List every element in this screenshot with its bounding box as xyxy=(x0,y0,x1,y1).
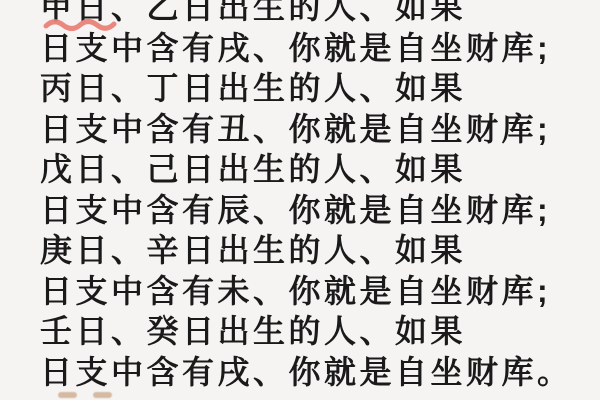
text-line: 日支中含有丑、你就是自坐财库; xyxy=(40,109,600,150)
text-line: 甲日、乙日出生的人、如果 xyxy=(40,0,600,28)
text-line: 丙日、丁日出生的人、如果 xyxy=(40,68,600,109)
text-block: 甲日、乙日出生的人、如果 日支中含有戌、你就是自坐财库; 丙日、丁日出生的人、如… xyxy=(40,0,600,392)
next-line-cutoff-mark xyxy=(93,392,112,398)
next-line-cutoff-mark xyxy=(58,392,77,398)
text-line: 戊日、己日出生的人、如果 xyxy=(40,149,600,190)
text-screenshot-page: 甲日、乙日出生的人、如果 日支中含有戌、你就是自坐财库; 丙日、丁日出生的人、如… xyxy=(0,0,600,400)
text-line: 庚日、辛日出生的人、如果 xyxy=(40,230,600,271)
text-line: 日支中含有戌、你就是自坐财库。 xyxy=(40,352,600,393)
text-line: 日支中含有戌、你就是自坐财库; xyxy=(40,28,600,69)
text-line: 壬日、癸日出生的人、如果 xyxy=(40,311,600,352)
text-line: 日支中含有辰、你就是自坐财库; xyxy=(40,190,600,231)
text-line: 日支中含有未、你就是自坐财库; xyxy=(40,271,600,312)
